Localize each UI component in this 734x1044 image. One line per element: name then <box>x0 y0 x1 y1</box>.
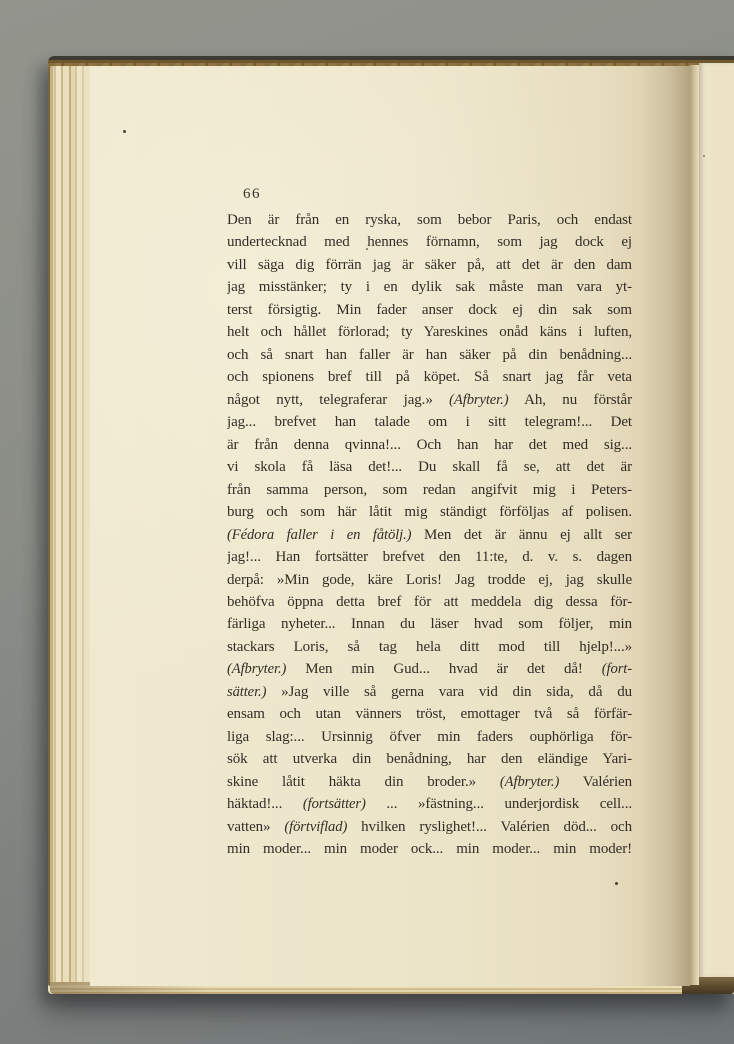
text-segment: Men min Gud... hvad är det då! <box>286 661 601 677</box>
stage-direction-segment: (Afbryter.) <box>227 661 286 677</box>
text-line: sök att utverka din benådning, har den e… <box>227 748 632 770</box>
text-line: min moder... min moder ock... min moder.… <box>227 838 632 860</box>
text-line: häktad!... (fortsätter) ... »fästning...… <box>227 793 632 815</box>
text-line: och så snart han faller är han säker på … <box>227 344 632 366</box>
text-segment: »Jag ville så gerna vara vid din sida, d… <box>266 684 632 700</box>
paper-speck <box>366 248 368 250</box>
text-segment: och spionens bref till på köpet. Så snar… <box>227 369 632 385</box>
text-line: något nytt, telegraferar jag.» (Afbryter… <box>227 389 632 411</box>
text-segment: något nytt, telegraferar jag.» <box>227 392 449 408</box>
paper-speck <box>123 130 126 133</box>
text-segment: min moder... min moder ock... min moder.… <box>227 841 632 857</box>
text-line: derpå: »Min gode, käre Loris! Jag trodde… <box>227 569 632 591</box>
text-segment: Ah, nu förstår <box>508 392 632 408</box>
text-segment: Valérien <box>559 774 632 790</box>
text-line: jag misstänker; ty i en dylik sak måste … <box>227 276 632 298</box>
text-segment: jag... brefvet han talade om i sitt tele… <box>227 414 632 430</box>
text-line: vill säga dig förrän jag är säker på, at… <box>227 254 632 276</box>
text-line: terst försigtig. Min fader anser dock ej… <box>227 299 632 321</box>
text-segment: skine låtit häkta din broder.» <box>227 774 500 790</box>
text-segment: och så snart han faller är han säker på … <box>227 347 632 363</box>
page-number: 66 <box>243 186 261 203</box>
paper-speck <box>615 882 618 885</box>
text-segment: hvilken ryslighet!... Valérien död... oc… <box>347 819 632 835</box>
book-page: 66 Den är från en ryska, som bebor Paris… <box>90 66 690 986</box>
text-line: färliga nyheter... Innan du läser hvad s… <box>227 613 632 635</box>
text-segment: jag misstänker; ty i en dylik sak måste … <box>227 279 632 295</box>
text-line: burg och som här låtit mig ständigt förf… <box>227 501 632 523</box>
text-segment: helt och hållet förlorad; ty Yareskines … <box>227 324 632 340</box>
text-line: jag!... Han fortsätter brefvet den 11:te… <box>227 546 632 568</box>
scanned-book-photo: 66 Den är från en ryska, som bebor Paris… <box>0 0 734 1044</box>
text-line: helt och hållet förlorad; ty Yareskines … <box>227 321 632 343</box>
text-segment: häktad!... <box>227 796 303 812</box>
text-line: (Afbryter.) Men min Gud... hvad är det d… <box>227 658 632 680</box>
gutter-crease <box>690 65 699 985</box>
text-line: är från denna qvinna!... Och han har det… <box>227 434 632 456</box>
text-segment: ensam och utan vänners tröst, emottager … <box>227 706 632 722</box>
text-line: jag... brefvet han talade om i sitt tele… <box>227 411 632 433</box>
text-line: skine låtit häkta din broder.» (Afbryter… <box>227 771 632 793</box>
text-line: behöfva öppna detta bref för att meddela… <box>227 591 632 613</box>
gutter-shadow <box>638 66 690 986</box>
text-segment: Men det är ännu ej allt ser <box>411 527 632 543</box>
text-segment: derpå: »Min gode, käre Loris! Jag trodde… <box>227 572 632 588</box>
text-segment: är från denna qvinna!... Och han har det… <box>227 437 632 453</box>
text-line: och spionens bref till på köpet. Så snar… <box>227 366 632 388</box>
page-edge-stack-left <box>48 66 90 986</box>
text-segment: vill säga dig förrän jag är säker på, at… <box>227 257 632 273</box>
text-line: vi skola få läsa det!... Du skall få se,… <box>227 456 632 478</box>
text-segment: vatten» <box>227 819 284 835</box>
stage-direction-segment: (förtviflad) <box>284 819 347 835</box>
text-segment: behöfva öppna detta bref för att meddela… <box>227 594 632 610</box>
stage-direction-segment: (fort- <box>602 661 632 677</box>
text-segment: sök att utverka din benådning, har den e… <box>227 751 632 767</box>
text-segment: burg och som här låtit mig ständigt förf… <box>227 504 632 520</box>
stage-direction-segment: sätter.) <box>227 684 266 700</box>
text-line: Den är från en ryska, som bebor Paris, o… <box>227 209 632 231</box>
text-segment: vi skola få läsa det!... Du skall få se,… <box>227 459 632 475</box>
text-segment: liga slag:... Ursinnig öfver min faders … <box>227 729 632 745</box>
paper-speck <box>703 155 705 157</box>
text-line: ensam och utan vänners tröst, emottager … <box>227 703 632 725</box>
text-segment: terst försigtig. Min fader anser dock ej… <box>227 302 632 318</box>
text-line: sätter.) »Jag ville så gerna vara vid di… <box>227 681 632 703</box>
stage-direction-segment: (Fédora faller i en fåtölj.) <box>227 527 411 543</box>
text-line: vatten» (förtviflad) hvilken ryslighet!.… <box>227 816 632 838</box>
text-line: från samma person, som redan angifvit mi… <box>227 479 632 501</box>
stage-direction-segment: (Afbryter.) <box>449 392 508 408</box>
text-segment: stackars Loris, så tag hela ditt mod til… <box>227 639 632 655</box>
text-segment: Den är från en ryska, som bebor Paris, o… <box>227 212 632 228</box>
text-line: liga slag:... Ursinnig öfver min faders … <box>227 726 632 748</box>
stage-direction-segment: (Afbryter.) <box>500 774 559 790</box>
text-lines: Den är från en ryska, som bebor Paris, o… <box>227 209 632 861</box>
text-line: undertecknad med hennes förnamn, som jag… <box>227 231 632 253</box>
facing-page-sliver <box>699 63 734 977</box>
text-segment: färliga nyheter... Innan du läser hvad s… <box>227 616 632 632</box>
text-segment: undertecknad med hennes förnamn, som jag… <box>227 234 632 250</box>
text-segment: jag!... Han fortsätter brefvet den 11:te… <box>227 549 632 565</box>
text-line: (Fédora faller i en fåtölj.) Men det är … <box>227 524 632 546</box>
text-line: stackars Loris, så tag hela ditt mod til… <box>227 636 632 658</box>
stage-direction-segment: (fortsätter) <box>303 796 366 812</box>
text-segment: ... »fästning... underjordisk cell... <box>366 796 632 812</box>
text-segment: från samma person, som redan angifvit mi… <box>227 482 632 498</box>
book: 66 Den är från en ryska, som bebor Paris… <box>48 56 734 994</box>
